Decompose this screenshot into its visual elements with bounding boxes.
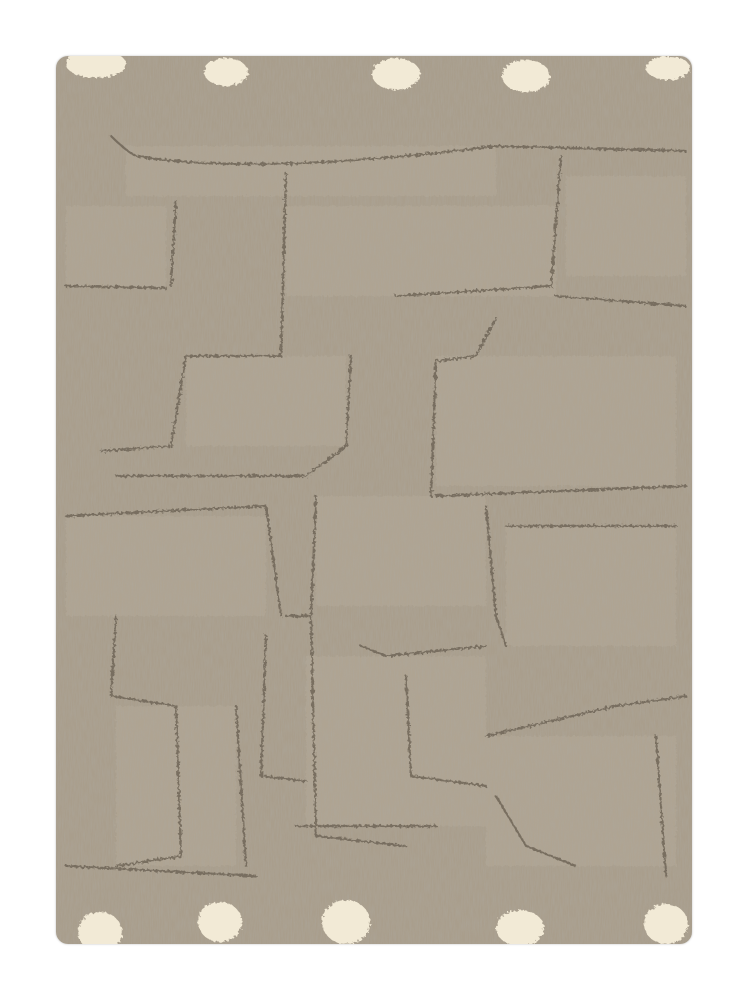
rug	[56, 56, 692, 944]
rug-pattern	[56, 56, 692, 944]
